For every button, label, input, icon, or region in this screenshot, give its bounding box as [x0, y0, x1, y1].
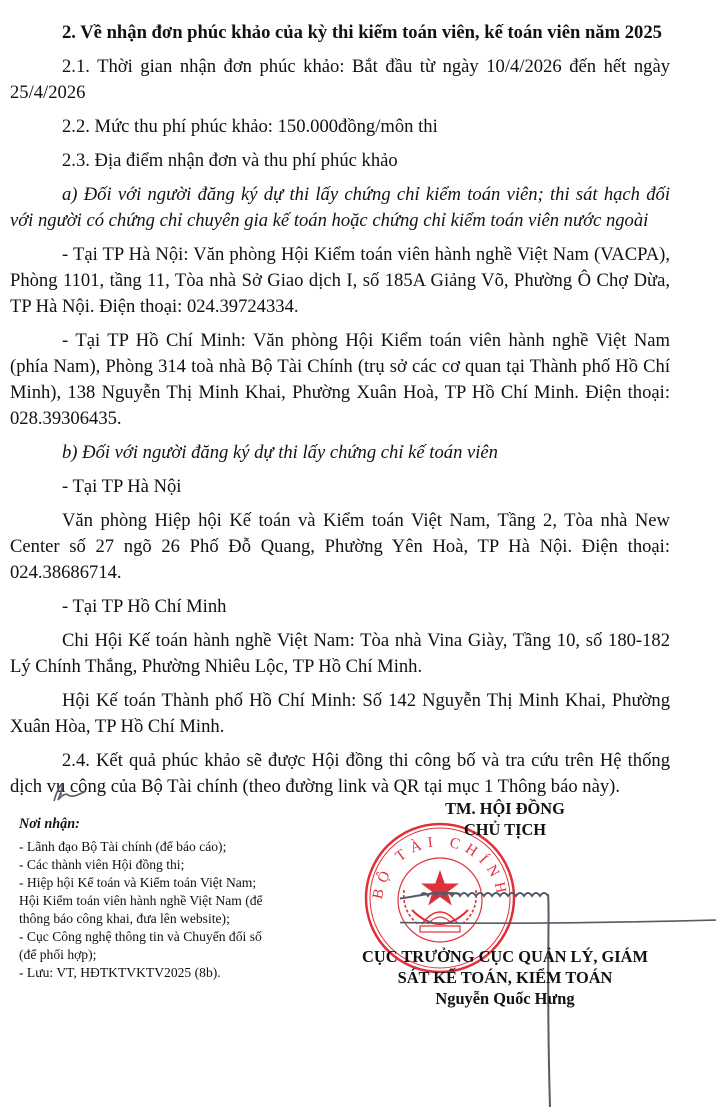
recipients-block: Nơi nhận: - Lãnh đạo Bộ Tài chính (để bá… [19, 815, 319, 982]
accountant-hanoi-label: - Tại TP Hà Nội [10, 474, 670, 500]
recipient-line: - Các thành viên Hội đồng thi; [19, 856, 319, 874]
accountant-hcm-address-1: Chi Hội Kế toán hành nghề Việt Nam: Tòa … [10, 628, 670, 680]
accountant-candidates-heading: b) Đối với người đăng ký dự thi lấy chứn… [10, 440, 670, 466]
recipient-line: - Cục Công nghệ thông tin và Chuyển đổi … [19, 928, 319, 946]
accountant-hanoi-address: Văn phòng Hiệp hội Kế toán và Kiểm toán … [10, 508, 670, 586]
submission-locations-heading: 2.3. Địa điểm nhận đơn và thu phí phúc k… [10, 148, 670, 174]
signer-name: Nguyễn Quốc Hưng [330, 988, 680, 1009]
recipient-line: - Hiệp hội Kế toán và Kiểm toán Việt Nam… [19, 874, 319, 892]
review-results: 2.4. Kết quả phúc khảo sẽ được Hội đồng … [10, 748, 670, 800]
accountant-hcm-label: - Tại TP Hồ Chí Minh [10, 594, 670, 620]
auditor-candidates-heading: a) Đối với người đăng ký dự thi lấy chứn… [10, 182, 670, 234]
recipient-line: Hội Kiểm toán viên hành nghề Việt Nam (đ… [19, 892, 319, 910]
section-2-heading: 2. Về nhận đơn phúc khảo của kỳ thi kiểm… [10, 20, 670, 46]
signature-council-label: TM. HỘI ĐỒNG [330, 798, 680, 819]
recipient-line: thông báo công khai, đưa lên website); [19, 910, 319, 928]
recipient-line: (để phối hợp); [19, 946, 319, 964]
signature-position-line-2: SÁT KẾ TOÁN, KIỂM TOÁN [330, 967, 680, 988]
document-body: 2. Về nhận đơn phúc khảo của kỳ thi kiểm… [10, 20, 670, 808]
recipients-title: Nơi nhận: [19, 815, 319, 833]
review-period: 2.1. Thời gian nhận đơn phúc khảo: Bắt đ… [10, 54, 670, 106]
recipient-line: - Lưu: VT, HĐTKTVKTV2025 (8b). [19, 964, 319, 982]
auditor-hanoi-address: - Tại TP Hà Nội: Văn phòng Hội Kiểm toán… [10, 242, 670, 320]
review-fee: 2.2. Mức thu phí phúc khảo: 150.000đồng/… [10, 114, 670, 140]
initial-mark-icon [48, 781, 88, 803]
auditor-hcm-address: - Tại TP Hồ Chí Minh: Văn phòng Hội Kiểm… [10, 328, 670, 432]
recipient-line: - Lãnh đạo Bộ Tài chính (để báo cáo); [19, 838, 319, 856]
signature-chair-label: CHỦ TỊCH [330, 819, 680, 840]
signature-position-line-1: CỤC TRƯỞNG CỤC QUẢN LÝ, GIÁM [330, 946, 680, 967]
document-page: 2. Về nhận đơn phúc khảo của kỳ thi kiểm… [0, 0, 716, 1107]
accountant-hcm-address-2: Hội Kế toán Thành phố Hồ Chí Minh: Số 14… [10, 688, 670, 740]
